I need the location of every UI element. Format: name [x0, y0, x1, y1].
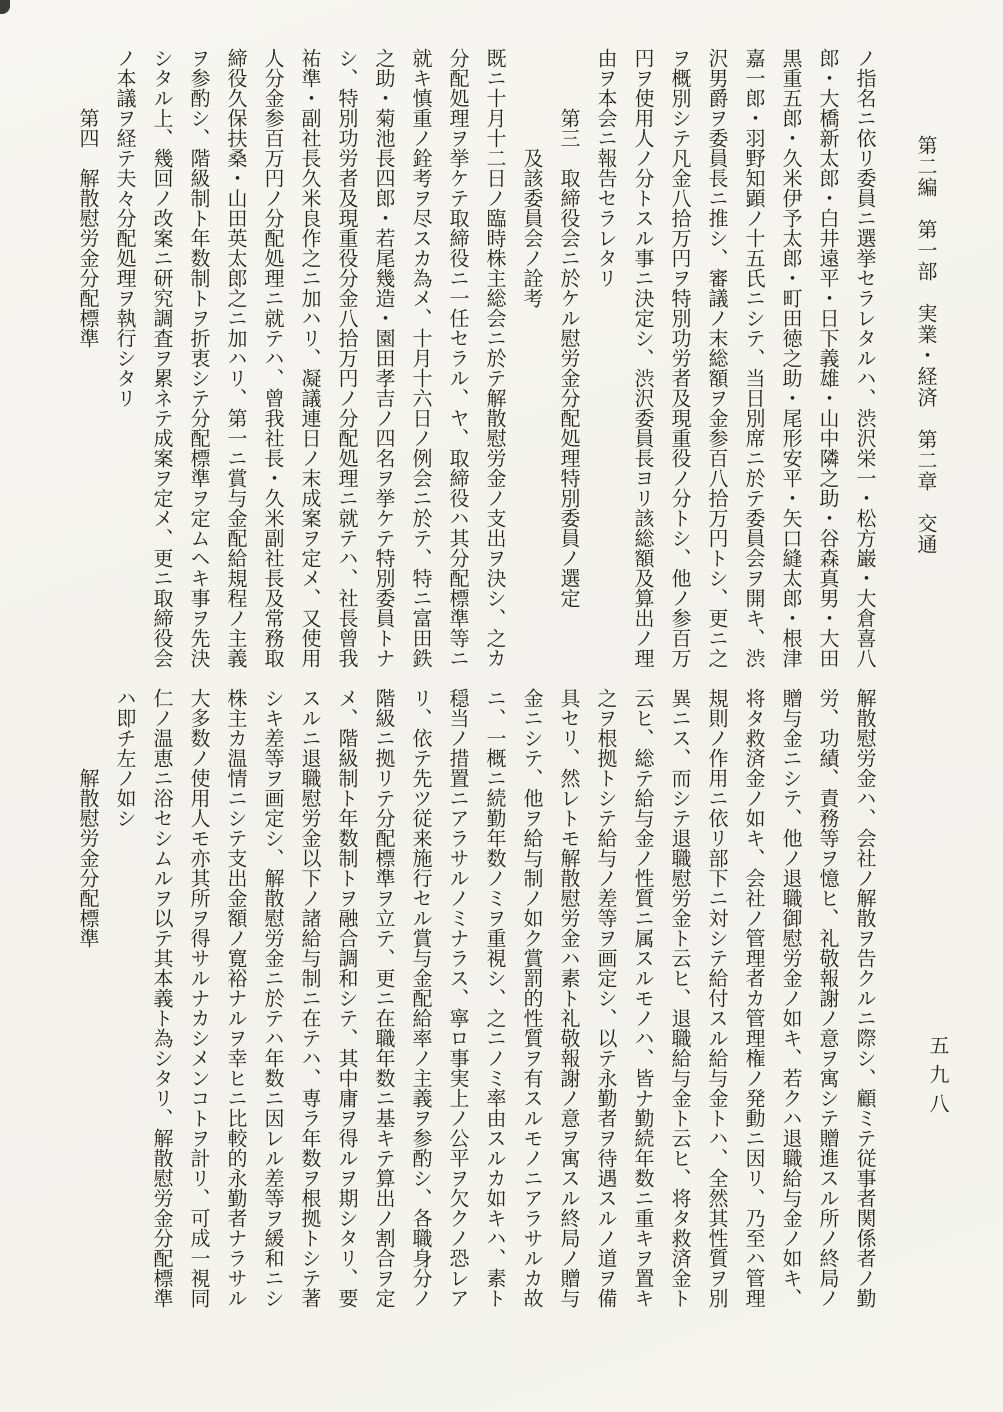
- text-column: シ、特別功労者及現重役分金八拾万円ノ分配処理ニ就テハ、社長曾我: [328, 48, 365, 676]
- text-column: 嘉一郎・羽野知顕ノ十五氏ニシテ、当日別席ニ於テ委員会ヲ開キ、渋: [735, 48, 772, 676]
- text-column: 人分金参百万円ノ分配処理ニ就テハ、曾我社長・久米副社長及常務取: [254, 48, 291, 676]
- text-column: リ、依テ先ツ従来施行セル賞与金配給率ノ主義ヲ参酌シ、各職身分ノ: [402, 688, 439, 1316]
- section-heading-3-sub: 及該委員会ノ詮考: [513, 48, 550, 776]
- text-column: 既ニ十月十二日ノ臨時株主総会ニ於テ解散慰労金ノ支出ヲ決シ、之カ: [476, 48, 513, 676]
- section-heading-3: 第三 取締役会ニ於ケル慰労金分配処理特別委員ノ選定: [550, 48, 587, 736]
- top-text-block: ノ指名ニ依リ委員ニ選挙セラレタルハ、渋沢栄一・松方巌・大倉喜八郎・大橋新太郎・白…: [69, 48, 883, 676]
- text-column: 大多数ノ使用人モ亦其所ヲ得サルナカシメンコトヲ計リ、可成一視同: [180, 688, 217, 1316]
- text-column: 云ヒ、総テ給与金ノ性質ニ属スルモノハ、皆ナ勤続年数ニ重キヲ置キ: [624, 688, 661, 1316]
- text-column: ノ指名ニ依リ委員ニ選挙セラレタルハ、渋沢栄一・松方巌・大倉喜八: [846, 48, 883, 676]
- running-head: 第二編 第一部 実業・経済 第二章 交通: [912, 135, 941, 555]
- text-column: 之ヲ根拠トシテ給与ノ差等ヲ画定シ、以テ永勤者ヲ待遇スルノ道ヲ備: [587, 688, 624, 1316]
- text-column: 規則ノ作用ニ依リ部下ニ対シテ給付スル給与金トハ、全然其性質ヲ別: [698, 688, 735, 1316]
- text-column: ヲ概別シテ凡金八拾万円ヲ特別功労者及現重役ノ分トシ、他ノ参百万: [661, 48, 698, 676]
- text-column: 黒重五郎・久米伊予太郎・町田徳之助・尾形安平・矢口縫太郎・根津: [772, 48, 809, 676]
- text-column: ニ、一概ニ続勤年数ノミヲ重視シ、之ニノミ率由スルカ如キハ、素ト: [476, 688, 513, 1316]
- text-column: 就キ慎重ノ銓考ヲ尽スカ為メ、十月十六日ノ例会ニ於テ、特ニ富田鉄: [402, 48, 439, 676]
- table-title-heading: 解散慰労金分配標準: [69, 688, 106, 1396]
- text-column: シキ差等ヲ画定シ、解散慰労金ニ於テハ年数ニ因レル差等ヲ緩和ニシ: [254, 688, 291, 1316]
- text-column: 贈与金ニシテ、他ノ退職御慰労金ノ如キ、若クハ退職給与金ノ如キ、: [772, 688, 809, 1316]
- text-column: 由ヲ本会ニ報告セラレタリ: [587, 48, 624, 676]
- section-heading-4: 第四 解散慰労金分配標準: [69, 48, 106, 736]
- text-column: 具セリ、然レトモ解散慰労金ハ素ト礼敬報謝ノ意ヲ寓スル終局ノ贈与: [550, 688, 587, 1316]
- text-column: 分配処理ヲ挙ケテ取締役ニ一任セラル、ヤ、取締役ハ其分配標準等ニ: [439, 48, 476, 676]
- text-column: 階級ニ拠リテ分配標準ヲ立テ、更ニ在職年数ニ基キテ算出ノ割合ヲ定: [365, 688, 402, 1316]
- text-column: 株主カ温情ニシテ支出金額ノ寛裕ナルヲ幸ヒニ比較的永勤者ナラサル: [217, 688, 254, 1316]
- text-column: メ、階級制ト年数制トヲ融合調和シテ、其中庸ヲ得ルヲ期シタリ、要: [328, 688, 365, 1316]
- scan-corner-artifact: [0, 0, 10, 14]
- bottom-text-block: 解散慰労金ハ、会社ノ解散ヲ告クルニ際シ、顧ミテ従事者関係者ノ勤労、功績、責務等ヲ…: [69, 688, 883, 1316]
- text-column: 解散慰労金ハ、会社ノ解散ヲ告クルニ際シ、顧ミテ従事者関係者ノ勤: [846, 688, 883, 1316]
- text-column: 穏当ノ措置ニアラサルノミナラス、寧ロ事実上ノ公平ヲ欠クノ恐レア: [439, 688, 476, 1316]
- text-column: スルニ退職慰労金以下ノ諸給与制ニ在テハ、専ラ年数ヲ根拠トシテ著: [291, 688, 328, 1316]
- text-column: ノ本議ヲ経テ夫々分配処理ヲ執行シタリ: [106, 48, 143, 676]
- text-column: 郎・大橋新太郎・白井遠平・日下義雄・山中隣之助・谷森真男・大田: [809, 48, 846, 676]
- text-column: 労、功績、責務等ヲ憶ヒ、礼敬報謝ノ意ヲ寓シテ贈進スル所ノ終局ノ: [809, 688, 846, 1316]
- text-column: ヲ参酌シ、階級制ト年数制トヲ折衷シテ分配標準ヲ定ムヘキ事ヲ先決: [180, 48, 217, 676]
- text-column: 円ヲ使用人ノ分トスル事ニ決定シ、渋沢委員長ヨリ該総額及算出ノ理: [624, 48, 661, 676]
- text-column: 祐準・副社長久米良作之ニ加ハリ、凝議連日ノ末成案ヲ定メ、又使用: [291, 48, 328, 676]
- text-column: 異ニス、而シテ退職慰労金ト云ヒ、退職給与金ト云ヒ、将タ救済金ト: [661, 688, 698, 1316]
- text-column: 将タ救済金ノ如キ、会社ノ管理者カ管理権ノ発動ニ因リ、乃至ハ管理: [735, 688, 772, 1316]
- text-column: 金ニシテ、他ヲ給与制ノ如ク賞罰的性質ヲ有スルモノニアラサルカ故: [513, 688, 550, 1316]
- text-column: 仁ノ温恵ニ浴セシムルヲ以テ其本義ト為シタリ、解散慰労金分配標準: [143, 688, 180, 1316]
- text-column: ハ即チ左ノ如シ: [106, 688, 143, 1316]
- text-column: 沢男爵ヲ委員長ニ推シ、審議ノ末総額ヲ金参百八拾万円トシ、更ニ之: [698, 48, 735, 676]
- text-column: シタル上、幾回ノ改案ニ研究調査ヲ累ネテ成案ヲ定メ、更ニ取締役会: [143, 48, 180, 676]
- text-column: 之助・菊池長四郎・若尾幾造・園田孝吉ノ四名ヲ挙ケテ特別委員トナ: [365, 48, 402, 676]
- page-number: 五九八: [924, 1035, 953, 1122]
- text-column: 締役久保扶桑・山田英太郎之ニ加ハリ、第一ニ賞与金配給規程ノ主義: [217, 48, 254, 676]
